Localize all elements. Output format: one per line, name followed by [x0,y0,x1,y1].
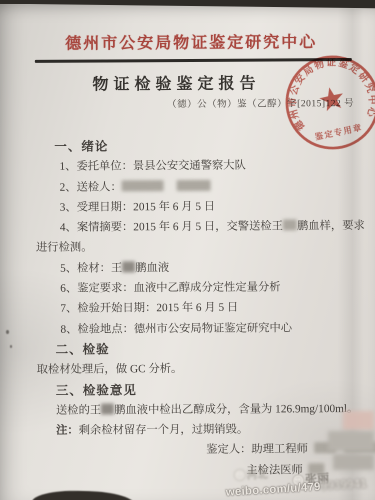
intro-item-6: 6、鉴定要求：血液中乙醇成分定性定量分析 [36,277,359,299]
censor-mosaic [333,454,374,470]
section-exam-heading: 二、检验 [37,338,360,360]
intro-item-7: 7、检验开始日期：2015 年 6 月 5 日 [36,297,359,319]
weibo-eye-icon [234,470,245,481]
redacted-name [177,179,211,190]
doc-title: 物证检验鉴定报告 [39,70,314,95]
org-header: 德州市公安局物证鉴定研究中心 [39,29,344,54]
opinion-note: 注：剩余检材留存一个月，过期销毁。 [37,419,360,441]
opinion-result: 送检的王鹏血液中检出乙醇成分，含量为 126.9mg/100ml。 [37,399,360,421]
censor-mosaic [328,431,374,451]
section-opinion-heading: 三、检验意见 [37,379,360,401]
redacted-name [283,220,297,231]
opinion-result-suffix: 鹏血液中检出乙醇成分，含量为 126.9mg/100ml。 [114,403,358,416]
intro-item-5-suffix: 鹏血液 [135,262,169,274]
document-photo: 德州市公安局物证鉴定研究中心 物证检验鉴定报告 （德）公（物）鉴（乙醇）字[20… [0,0,375,500]
censor-mosaic [343,411,374,430]
intro-item-2-label: 2、送检人： [60,181,122,193]
watermark-region-text: 河北 [246,468,268,481]
redacted-name [122,180,164,191]
intro-item-5-prefix: 5、检材：王 [60,262,122,274]
intro-item-3: 3、受理日期：2015 年 6 月 5 日 [36,196,359,218]
seal-star-icon [318,85,346,112]
redacted-name [101,403,114,414]
signer-1-label: 鉴定人：助理工程师 [206,444,308,457]
seal-label: 鉴定专用章 [314,122,363,142]
intro-item-5: 5、检材：王鹏血液 [36,257,359,279]
intro-item-4: 4、案情摘要：2015 年 6 月 5 日，交警送检王鹏血样，要求 [36,216,359,238]
opinion-note-body: 剩余检材留存一个月，过期销毁。 [79,424,249,437]
opinion-result-prefix: 送检的王 [56,404,101,416]
doc-body: 一、绪论 1、委托单位：景县公安交通警察大队 2、送检人： 3、受理日期：201… [35,135,360,483]
intro-item-4-continuation: 进行检测。 [36,236,359,258]
intro-item-1: 1、委托单位：景县公安交通警察大队 [35,155,358,177]
intro-item-8: 8、检验地点：德州市公安局物证鉴定研究中心 [36,318,359,340]
watermark-region: 河北 [234,466,268,483]
signer-line-1: 鉴定人：助理工程师 [37,439,360,461]
redacted-name [122,261,135,272]
opinion-note-label: 注： [56,425,79,437]
intro-item-4-prefix: 4、案情摘要：2015 年 6 月 5 日，交警送检王 [60,221,283,234]
intro-item-2: 2、送检人： [36,176,359,198]
intro-item-4-suffix: 鹏血样，要求 [297,220,365,232]
exam-body: 取检材处理后，做 GC 分析。 [37,358,360,380]
